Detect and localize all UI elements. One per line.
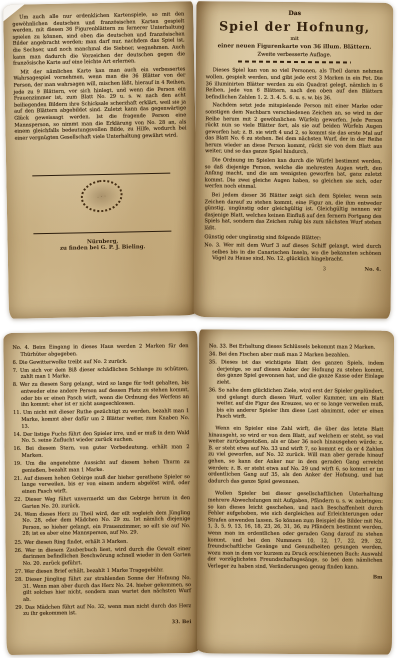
scanned-spread-rules: No. 4. Beim Eingang in dieses Haus werde… — [0, 330, 400, 658]
rule-item: 24. Wem dieses Herz zu Theil wird, der e… — [14, 510, 190, 538]
page-rules-left: No. 4. Beim Eingang in dieses Haus werde… — [3, 331, 200, 655]
rule-item: 26. Wer in diesem Zauberbuch liest, wird… — [15, 546, 191, 568]
page-footer: 33. Bei — [15, 619, 191, 627]
catchword: No. 4. — [364, 267, 381, 273]
rule-item: 28. Dieser Jüngling führt zur strahlende… — [15, 575, 191, 603]
rule-item: 27. Wer diesen Brief erhält, bezahlt 1 M… — [15, 567, 191, 575]
paragraph: Um auch alle nur erdenklichen Kartenspie… — [12, 11, 185, 67]
page-rules-right: No. 33. Bei Erhaltung dieses Schlüssels … — [197, 329, 394, 654]
paragraph: Dieses Spiel kan von so viel Personen, a… — [206, 68, 383, 103]
rule-item: 14. Der listige Fuchs führt den Spieler … — [13, 430, 189, 445]
paragraph: Nachdem setzt jede mitspielende Person m… — [205, 103, 382, 157]
rule-item: 22. Dieser Weg führt unvermerkt um das G… — [14, 495, 190, 510]
rule-item: No. 33. Bei Erhaltung dieses Schlüssels … — [209, 343, 384, 351]
footer-spacer — [204, 271, 284, 272]
horizontal-rule — [32, 173, 170, 177]
horizontal-rule — [34, 231, 172, 235]
rule-item: 21. Auf diesem hohen Gebirge muß der hie… — [14, 474, 190, 496]
edition-line: Zweite verbesserte Auflage. — [206, 51, 383, 59]
main-title: Spiel der Hofnung, — [206, 18, 383, 35]
rule-item: No. 4. Beim Eingang in dieses Haus werde… — [12, 343, 188, 358]
footer-spacer — [15, 625, 171, 627]
rule-item: 6. Die Gewitterwolke treibt auf No. 2 zu… — [13, 358, 189, 366]
scanned-spread-title: Um auch alle nur erdenklichen Kartenspie… — [0, 0, 400, 324]
page-card-games-notes: Um auch alle nur erdenklichen Kartenspie… — [3, 1, 199, 319]
title-das: Das — [206, 9, 383, 18]
page-title: Das Spiel der Hofnung, mit einer neuen F… — [194, 1, 394, 319]
paragraph: Bei jedem dieser 36 Blätter zeigt sich d… — [204, 192, 381, 233]
rule-item: 36. So nahe dem glücklichen Ziele, wird … — [208, 387, 383, 421]
stamp-marks: · · · — [97, 193, 107, 199]
paragraph: Mit der nämlichen Karte kan man auch ein… — [13, 66, 186, 142]
rule-item: 8. Wer zu diesem Sarg gelangt, wird so l… — [13, 381, 189, 409]
rule-item: 34. Bei den Fischen aber muß man 2 Marke… — [209, 351, 384, 359]
rule-item: 29. Das Mädchen führt auf No. 32, wenn m… — [15, 603, 191, 618]
footer-spacer — [207, 579, 372, 580]
rule-item: 25. Wer diesen Ring findet, erhält 3 Mar… — [14, 538, 190, 546]
catchword: 33. Bei — [172, 619, 192, 625]
page-footer: 3 No. 4. — [204, 265, 381, 273]
favorable-intro: Günstig oder ungünstig sind folgende Blä… — [204, 234, 381, 242]
signature-mark: Bm — [373, 574, 383, 580]
rule-item: 35. Dieses ist das wichtigste Blatt des … — [209, 360, 384, 388]
rule-item-no3: No. 3. Wer mit dem Wurf 3 auf dieses Sch… — [204, 242, 381, 263]
publisher-stamp: · · · — [78, 177, 125, 215]
subtitle: einer neuen Figurenkarte von 36 illum. B… — [206, 43, 383, 51]
rule-item: 19. Um die angenehme Aussicht auf diesem… — [14, 459, 190, 474]
page-footer: Bm — [207, 573, 382, 580]
dashed-divider — [238, 61, 351, 64]
signature-mark: 3 — [284, 266, 364, 273]
paragraph: Wollen Spieler bei dieser gesellschaftli… — [207, 491, 383, 571]
rule-item: 7. Um sich vor dem Biß dieser schädliche… — [13, 366, 189, 381]
paragraph: Wenn ein Spieler eine Zahl wirft, die üb… — [208, 425, 383, 486]
paragraph: Die Ordnung im Spielen kan durch die Wür… — [205, 157, 382, 192]
rule-item: 11. Um nicht mit dieser Ruthe gezüchtigt… — [13, 408, 189, 430]
rule-item: 16. Bei diesem Stern, von guter Vorbedeu… — [14, 444, 190, 459]
